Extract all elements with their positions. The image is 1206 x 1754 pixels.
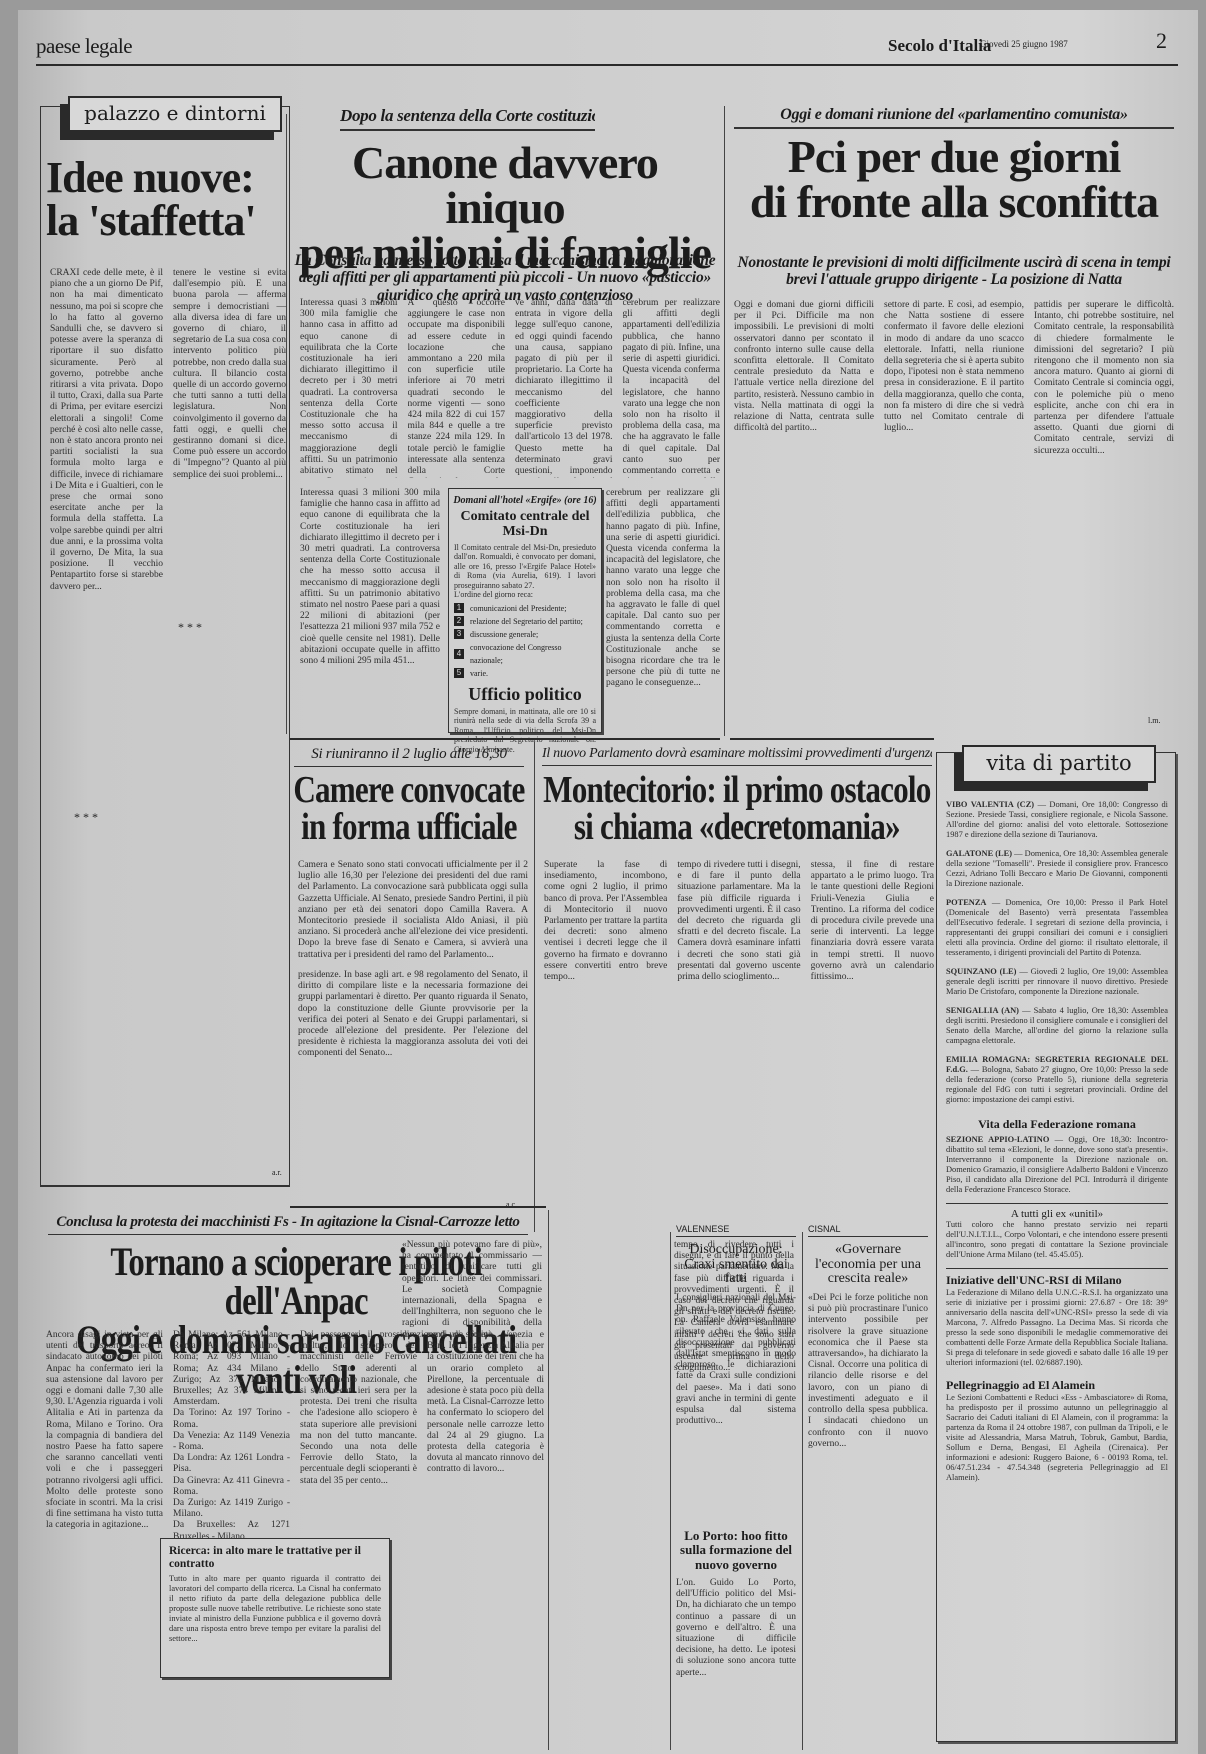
agenda-item: 3discussione generale;: [454, 628, 596, 641]
column-divider: [534, 742, 535, 1232]
page-number: 2: [1156, 28, 1167, 54]
canone-body: Interessa quasi 3 milioni 300 mila famig…: [300, 298, 720, 478]
pci-body: Oggi e domani due giorni difficili per i…: [734, 300, 1174, 720]
author-signoff: l.m.: [1148, 716, 1160, 725]
section-break: * * *: [178, 620, 202, 635]
unitil-title: A tutti gli ex «unitil»: [946, 1208, 1168, 1220]
agenda-item: 1comunicazioni del Presidente;: [454, 602, 596, 615]
divider: [946, 1268, 1168, 1269]
vita-list: VIBO VALENTIA (CZ) — Domani, Ore 18,00: …: [946, 800, 1168, 1483]
agenda-item: 5varie.: [454, 667, 596, 680]
column-divider: [802, 1232, 803, 1750]
unc-text: La Federazione di Milano della U.N.C.-R.…: [946, 1288, 1168, 1368]
montecitorio-headline: Montecitorio: il primo ostacolo si chiam…: [540, 772, 934, 846]
msi-box: Domani all'hotel «Ergife» (ore 16) Comit…: [448, 488, 602, 733]
section-rule: [730, 738, 934, 740]
valenness-label: VALENNESE: [676, 1224, 796, 1237]
ricerca-text: Tutto in alto mare per quanto riguarda i…: [161, 1574, 389, 1644]
canone-deck: La Consulta ha messo sotto accusa il mec…: [290, 252, 720, 304]
divider: [40, 1186, 290, 1187]
column-divider: [670, 1232, 671, 1750]
valenness-text: I consiglieri nazionali del Msi-Dn per l…: [676, 1293, 796, 1523]
lo-porto-headline: Lo Porto: hoo fitto sulla formazione del…: [676, 1529, 796, 1572]
cisnal-text: «Dei Pci le forze politiche non si può p…: [808, 1293, 928, 1713]
vita-item: SENIGALLIA (AN) — Sabato 4 luglio, Ore 1…: [946, 1006, 1168, 1046]
lo-porto-text: L'on. Guido Lo Porto, dell'Ufficio polit…: [676, 1578, 796, 1748]
ricerca-title: Ricerca: in alto mare le trattative per …: [169, 1545, 381, 1571]
alamein-text: Le Sezioni Combattenti e Reduci «Ess - A…: [946, 1393, 1168, 1483]
unitil-text: Tutti coloro che hanno prestato servizio…: [946, 1220, 1168, 1260]
column-divider: [286, 114, 287, 734]
canone-body-cont: Interessa quasi 3 milioni 300 mila famig…: [300, 488, 440, 733]
palazzo-body: CRAXI cede delle mete, è il piano che a …: [50, 268, 286, 968]
newspaper-page: paese legale Secolo d'Italia Giovedì 25 …: [18, 10, 1198, 1754]
ricerca-box: Ricerca: in alto mare le trattative per …: [160, 1538, 390, 1678]
agenda-item: 2relazione del Segretario del partito;: [454, 615, 596, 628]
msi-intro: Il Comitato centrale del Msi-Dn, presied…: [449, 543, 601, 591]
paper-name: Secolo d'Italia: [888, 36, 991, 56]
msi-kicker: Domani all'hotel «Ergife» (ore 16): [449, 495, 601, 506]
divider: [946, 1203, 1168, 1204]
masthead-rule: [36, 64, 1178, 66]
camere-headline: Camere convocate in forma ufficiale: [290, 772, 528, 846]
anpac-body-cont: «Nessun più potevamo fare di più», ha co…: [402, 1240, 542, 1740]
section-rule: [290, 738, 720, 740]
camere-kicker: Si riuniranno il 2 luglio alle 16,30: [294, 746, 524, 767]
section-tag: palazzo e dintorni: [68, 96, 282, 132]
column-divider: [724, 106, 725, 736]
valenness-headline: Disoccupazione: Craxi smentito dai fatti: [676, 1243, 796, 1287]
vita-item: GALATONE (LE) — Domenica, Ore 18,30: Ass…: [946, 849, 1168, 889]
montecitorio-kicker: Il nuovo Parlamento dovrà esaminare molt…: [542, 746, 932, 766]
alamein-title: Pellegrinaggio ad El Alamein: [946, 1378, 1168, 1393]
pci-kicker: Oggi e domani riunione del «parlamentino…: [734, 106, 1174, 129]
flight-list: Da Milano: Az 561 Milano - Roma; Az 073 …: [173, 1330, 290, 1740]
column-divider: [548, 1210, 549, 1750]
unc-title: Iniziative dell'UNC-RSI di Milano: [946, 1273, 1168, 1288]
montecitorio-body: Superate la fase di insediamento, incomb…: [544, 860, 934, 1240]
msi-agenda: 1comunicazioni del Presidente; 2relazion…: [449, 602, 601, 680]
vita-item: SEZIONE APPIO-LATINO — Oggi, Ore 18,30: …: [946, 1135, 1168, 1195]
valenness-article: VALENNESE Disoccupazione: Craxi smentito…: [676, 1224, 796, 1748]
vita-item: VIBO VALENTIA (CZ) — Domani, Ore 18,00: …: [946, 800, 1168, 840]
section-name: paese legale: [36, 34, 132, 59]
section-break: * * *: [74, 810, 98, 825]
vita-item: SQUINZANO (LE) — Giovedì 2 luglio, Ore 1…: [946, 967, 1168, 997]
anpac-kicker: Conclusa la protesta dei macchinisti Fs …: [48, 1214, 528, 1235]
msi-agenda-label: L'ordine del giorno reca:: [449, 590, 601, 600]
issue-date: Giovedì 25 giugno 1987: [980, 39, 1068, 49]
canone-kicker: Dopo la sentenza della Corte costituzion…: [340, 106, 595, 131]
cisnal-headline: «Governare l'economia per una crescita r…: [808, 1243, 928, 1287]
vita-item: EMILIA ROMAGNA: SEGRETERIA REGIONALE DEL…: [946, 1055, 1168, 1105]
roma-title: Vita della Federazione romana: [946, 1117, 1168, 1132]
cisnal-label: CISNAL: [808, 1224, 928, 1237]
pci-deck: Nonostante le previsioni di molti diffic…: [730, 254, 1178, 289]
camere-body-2: presidenze. In base agli art. e 98 regol…: [298, 970, 528, 1220]
author-signoff: a.r.: [272, 1168, 282, 1177]
section-rule: [290, 1206, 546, 1208]
agenda-item: 4convocazione del Congresso nazionale;: [454, 641, 596, 667]
cisnal-article: CISNAL «Governare l'economia per una cre…: [808, 1224, 928, 1713]
pci-headline: Pci per due giorni di fronte alla sconfi…: [730, 134, 1178, 224]
canone-body-cont: cerebrum per realizzare gli affitti degl…: [606, 488, 720, 733]
vita-item: POTENZA — Domenica, Ore 10,00: Presso il…: [946, 898, 1168, 958]
palazzo-headline: Idee nuove: la 'staffetta': [46, 156, 286, 242]
msi-title: Comitato centrale del Msi-Dn: [451, 509, 599, 540]
msi-subtitle: Ufficio politico: [449, 684, 601, 705]
section-tag: vita di partito: [962, 745, 1156, 783]
